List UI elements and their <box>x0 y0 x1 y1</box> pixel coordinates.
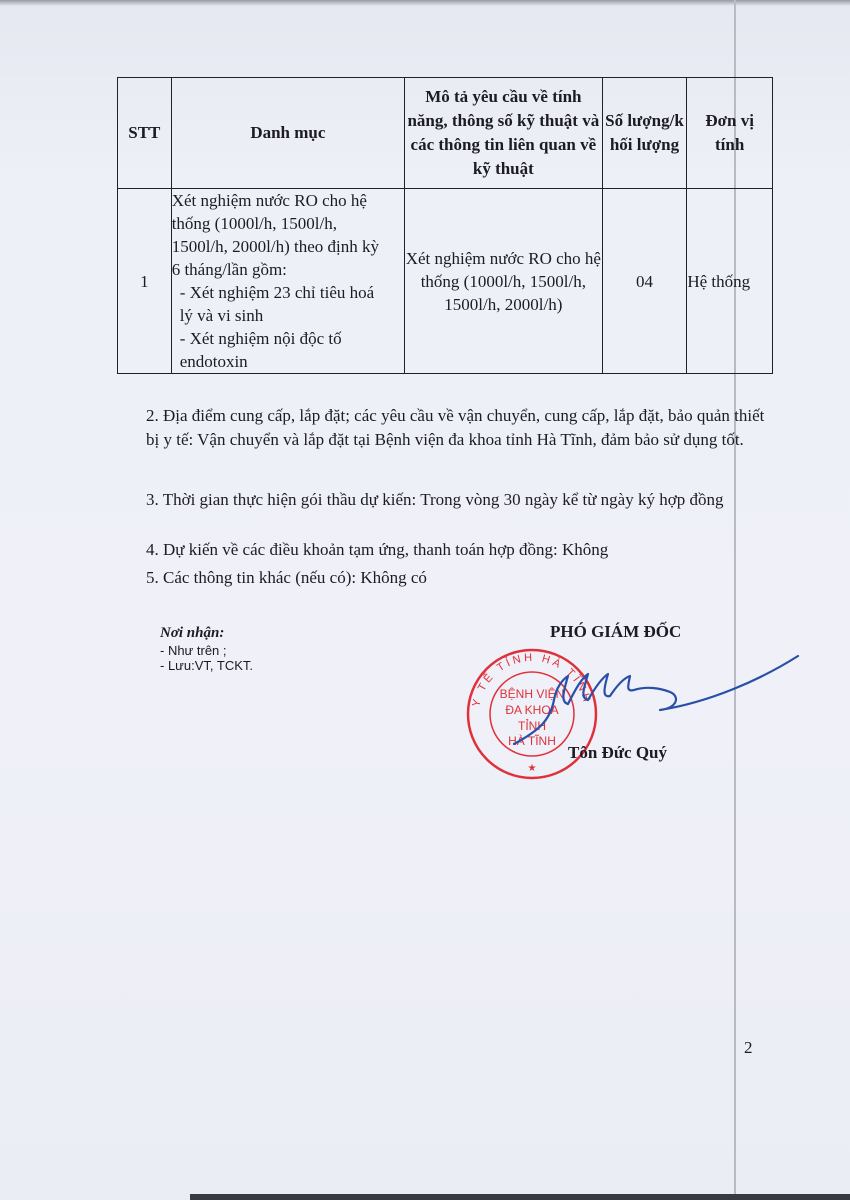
header-stt: STT <box>118 78 172 189</box>
page-number: 2 <box>744 1038 753 1058</box>
section-3: 3. Thời gian thực hiện gói thầu dự kiến:… <box>146 488 766 512</box>
recipients-block: Nơi nhận: - Như trên ; - Lưu:VT, TCKT. <box>160 626 253 673</box>
category-subitem: lý và vi sinh <box>172 304 404 327</box>
recipient-item: - Lưu:VT, TCKT. <box>160 658 253 673</box>
cell-unit: Hệ thống <box>687 189 773 374</box>
header-unit: Đơn vị tính <box>687 78 773 189</box>
cell-category: Xét nghiệm nước RO cho hệ thống (1000l/h… <box>171 189 404 374</box>
section-2: 2. Địa điểm cung cấp, lắp đặt; các yêu c… <box>146 404 766 452</box>
recipient-item: - Như trên ; <box>160 643 253 658</box>
header-quantity: Số lượng/khối lượng <box>602 78 687 189</box>
header-category: Danh mục <box>171 78 404 189</box>
scan-top-edge <box>0 0 850 6</box>
scan-bottom-edge <box>190 1194 850 1200</box>
header-description: Mô tả yêu cầu về tính năng, thông số kỹ … <box>405 78 602 189</box>
category-subitem: - Xét nghiệm 23 chỉ tiêu hoá <box>172 281 404 304</box>
signature-icon <box>510 640 810 750</box>
specification-table: STT Danh mục Mô tả yêu cầu về tính năng,… <box>117 77 773 374</box>
section-4: 4. Dự kiến về các điều khoản tạm ứng, th… <box>146 538 766 562</box>
category-subitem: - Xét nghiệm nội độc tố <box>172 327 404 350</box>
category-subitem: endotoxin <box>172 350 404 373</box>
signer-name: Tôn Đức Quý <box>568 743 667 763</box>
category-line: thống (1000l/h, 1500l/h, <box>172 212 404 235</box>
recipients-title: Nơi nhận: <box>160 626 253 641</box>
category-line: 6 tháng/lần gồm: <box>172 258 404 281</box>
cell-stt: 1 <box>118 189 172 374</box>
svg-text:★: ★ <box>528 763 537 774</box>
table-header-row: STT Danh mục Mô tả yêu cầu về tính năng,… <box>118 78 773 189</box>
document-page: STT Danh mục Mô tả yêu cầu về tính năng,… <box>0 0 850 1200</box>
section-5: 5. Các thông tin khác (nếu có): Không có <box>146 566 766 590</box>
signer-position: PHÓ GIÁM ĐỐC <box>550 622 681 642</box>
cell-description: Xét nghiệm nước RO cho hệ thống (1000l/h… <box>405 189 602 374</box>
cell-quantity: 04 <box>602 189 687 374</box>
category-line: Xét nghiệm nước RO cho hệ <box>172 189 404 212</box>
category-line: 1500l/h, 2000l/h) theo định kỳ <box>172 235 404 258</box>
table-row: 1 Xét nghiệm nước RO cho hệ thống (1000l… <box>118 189 773 374</box>
